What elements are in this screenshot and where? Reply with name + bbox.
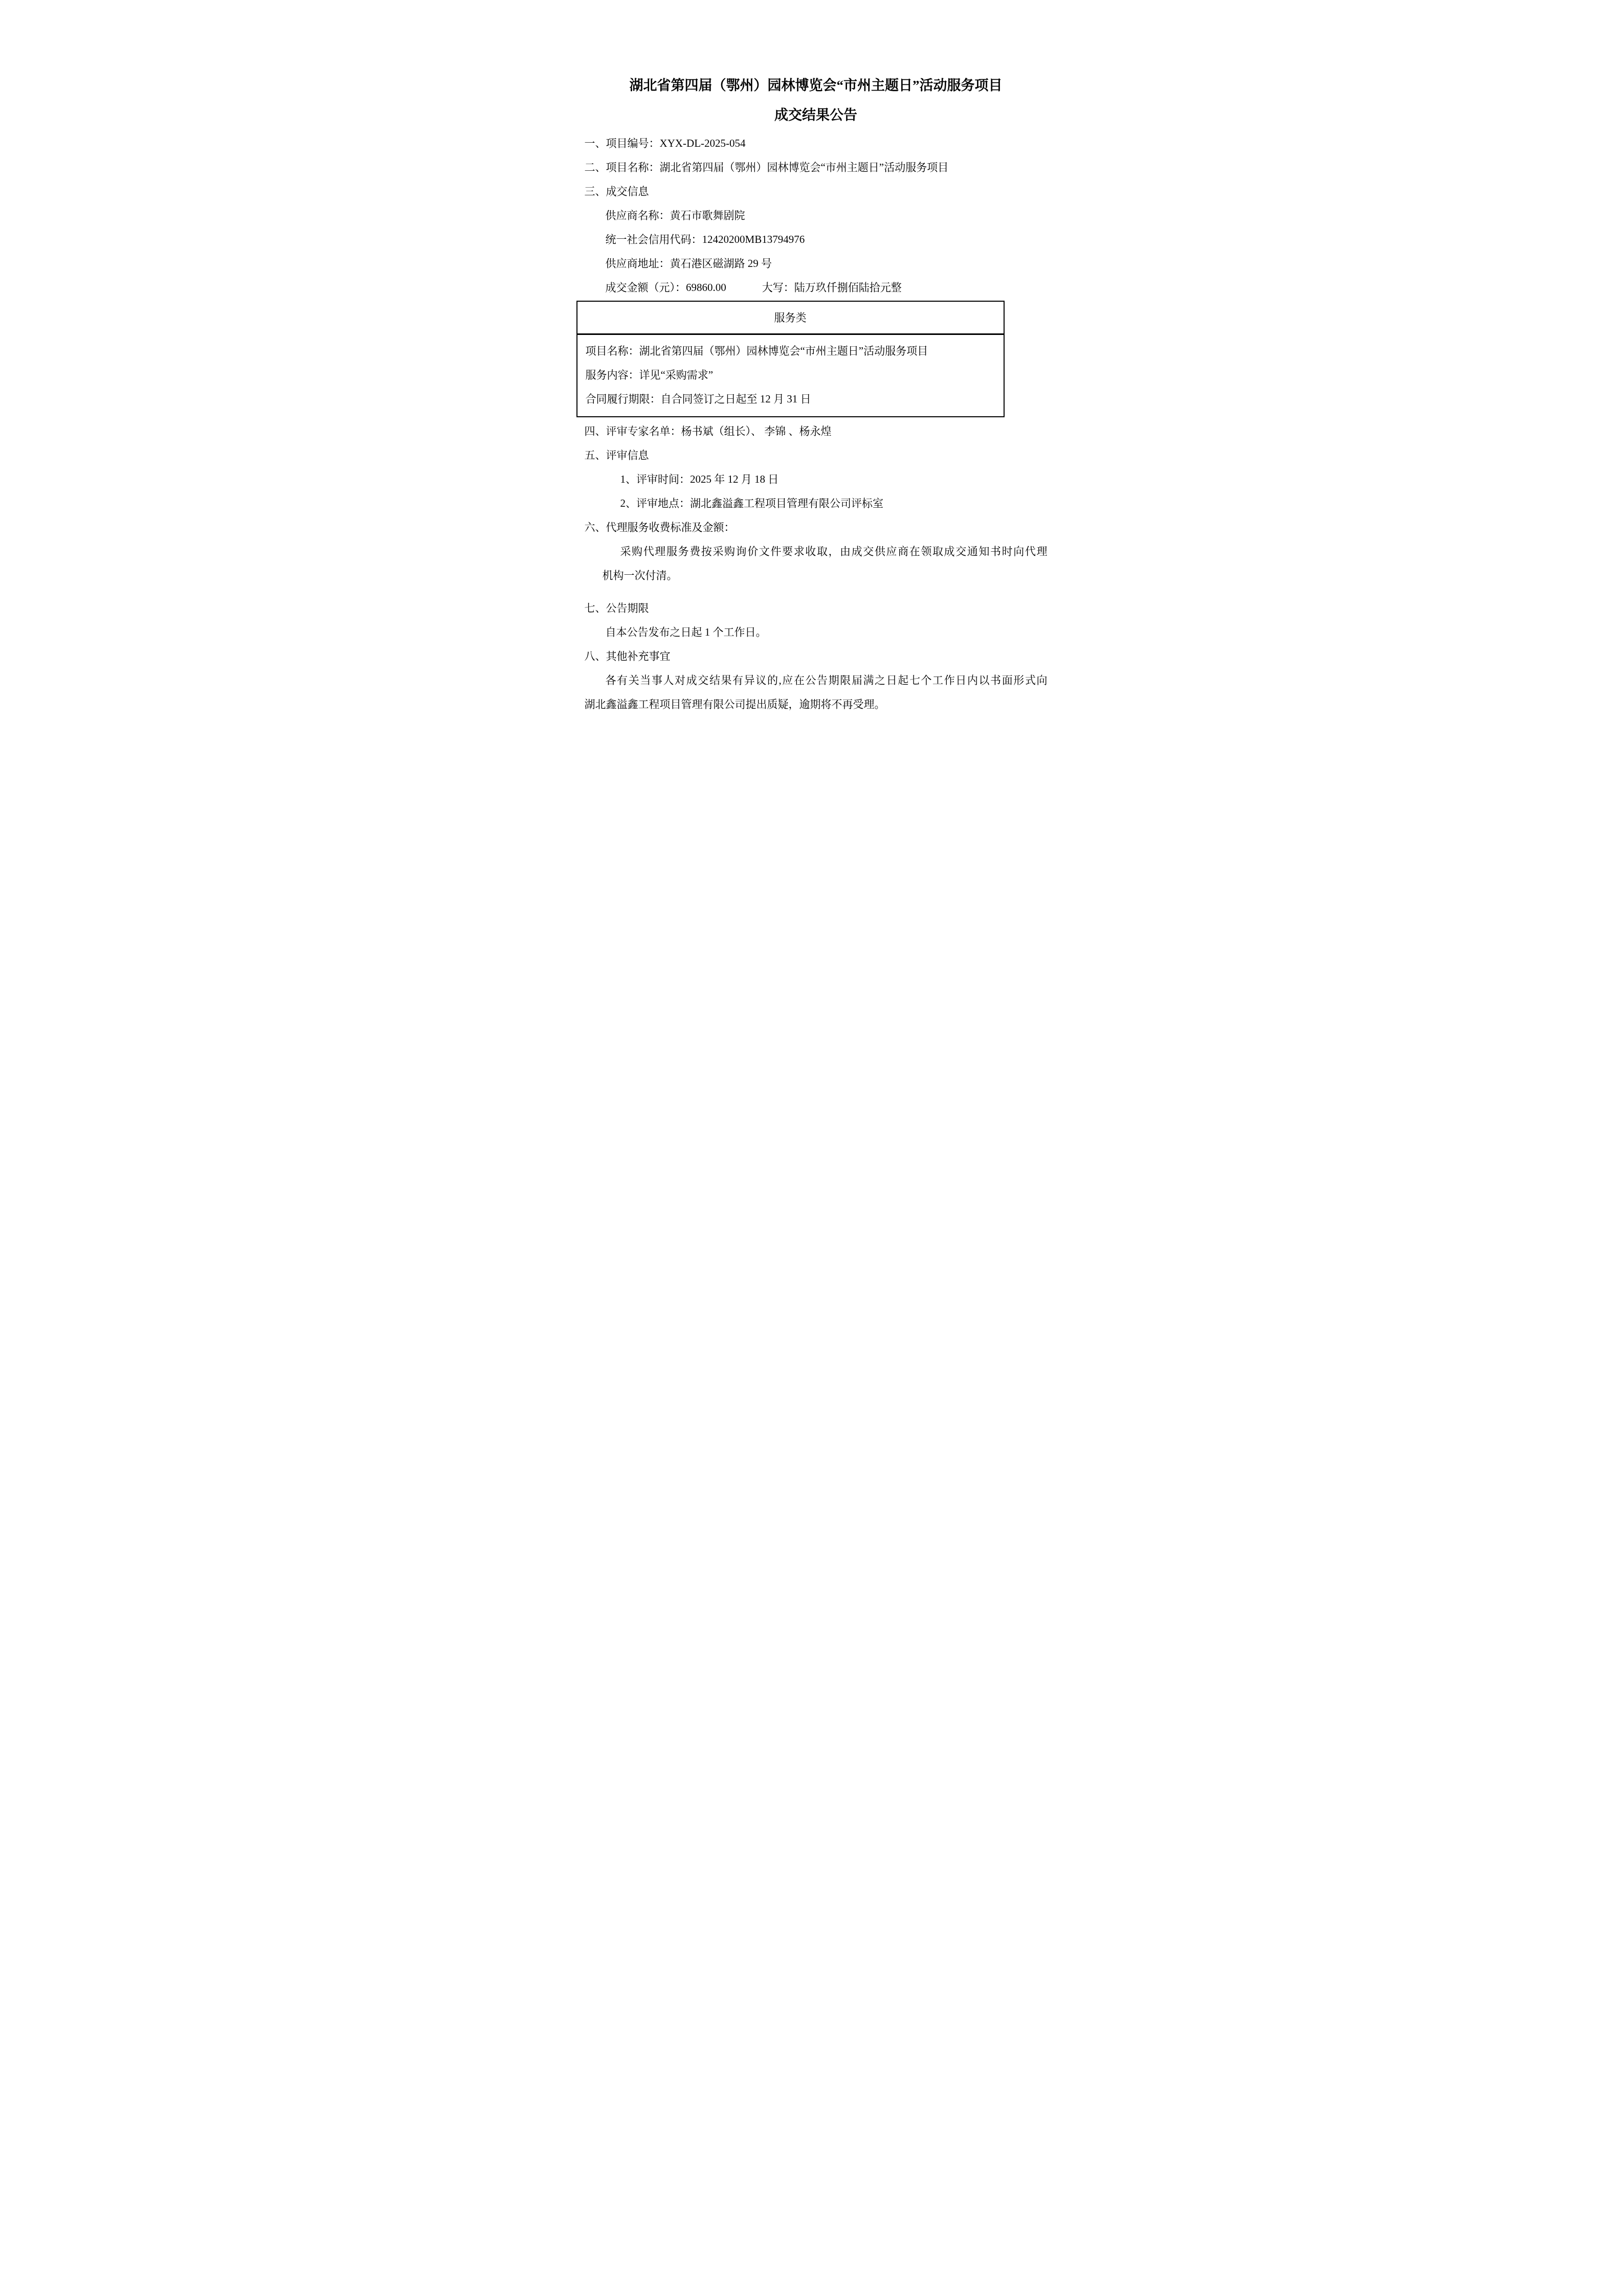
deal-info-heading: 三、成交信息 xyxy=(585,179,1048,204)
notice-period-line: 自本公告发布之日起 1 个工作日。 xyxy=(606,620,1048,644)
supplier-name-line: 供应商名称：黄石市歌舞剧院 xyxy=(606,204,1048,228)
other-matters-heading: 八、其他补充事宜 xyxy=(585,644,1048,668)
deal-amount-value: 成交金额（元）：69860.00 xyxy=(606,281,726,294)
review-place-line: 2、评审地点：湖北鑫溢鑫工程项目管理有限公司评标室 xyxy=(620,491,1048,515)
experts-line: 四、评审专家名单：杨书斌（组长）、 李锦 、杨永煌 xyxy=(585,419,1048,443)
project-number-line: 一、项目编号：XYX-DL-2025-054 xyxy=(585,131,1048,155)
project-name-line: 二、项目名称：湖北省第四届（鄂州）园林博览会“市州主题日”活动服务项目 xyxy=(585,155,1048,179)
credit-code-line: 统一社会信用代码：12420200MB13794976 xyxy=(606,228,1048,252)
agency-fee-heading: 六、代理服务收费标准及金额： xyxy=(585,515,1048,539)
service-category-table: 服务类 项目名称：湖北省第四届（鄂州）园林博览会“市州主题日”活动服务项目 服务… xyxy=(576,301,1005,417)
service-table-body-cell: 项目名称：湖北省第四届（鄂州）园林博览会“市州主题日”活动服务项目 服务内容：详… xyxy=(577,335,1004,416)
table-project-name-line: 项目名称：湖北省第四届（鄂州）园林博览会“市州主题日”活动服务项目 xyxy=(586,339,995,363)
supplier-address-line: 供应商地址：黄石港区磁湖路 29 号 xyxy=(606,252,1048,276)
scanned-document-body: { "document": { "title_line1": "湖北省第四届（鄂… xyxy=(0,0,1624,796)
objection-line-2: 湖北鑫溢鑫工程项目管理有限公司提出质疑，逾期将不再受理。 xyxy=(585,692,1048,716)
objection-line-1: 各有关当事人对成交结果有异议的,应在公告期限届满之日起七个工作日内以书面形式向 xyxy=(606,668,1048,692)
agency-fee-line-1: 采购代理服务费按采购询价文件要求收取，由成交供应商在领取成交通知书时向代理 xyxy=(620,539,1048,564)
agency-fee-line-2: 机构一次付清。 xyxy=(603,564,1048,588)
deal-amount-capital: 大写：陆万玖仟捌佰陆拾元整 xyxy=(762,281,902,294)
deal-amount-line: 成交金额（元）：69860.00大写：陆万玖仟捌佰陆拾元整 xyxy=(606,276,1048,300)
notice-period-heading: 七、公告期限 xyxy=(585,596,1048,620)
service-table-header-cell: 服务类 xyxy=(577,302,1004,335)
document-title-line-2: 成交结果公告 xyxy=(585,106,1048,124)
review-time-line: 1、评审时间：2025 年 12 月 18 日 xyxy=(620,467,1048,491)
page: 湖北省第四届（鄂州）园林博览会“市州主题日”活动服务项目 成交结果公告 一、项目… xyxy=(531,0,1094,796)
table-contract-period-line: 合同履行期限：自合同签订之日起至 12 月 31 日 xyxy=(586,387,995,411)
table-service-content-line: 服务内容：详见“采购需求” xyxy=(586,363,995,387)
document-title-line-1: 湖北省第四届（鄂州）园林博览会“市州主题日”活动服务项目 xyxy=(585,77,1048,94)
review-info-heading: 五、评审信息 xyxy=(585,443,1048,467)
